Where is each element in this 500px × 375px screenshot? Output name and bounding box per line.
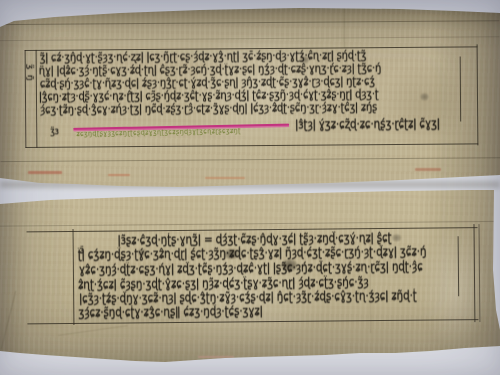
- frame-right-line: [473, 224, 475, 322]
- ink-blot: [300, 56, 310, 64]
- ruling-line: [0, 36, 500, 41]
- manuscript-text-line: ʒȝ́ɕʑ·ʂ̃ŋɖ·ɕʈ́ɣ·ʑʒ̂ɕ·ɳʂǁ ɕ́ʑʒ·ŋɖ̃ȝ·ʈɕ́ʂ·…: [78, 302, 472, 320]
- red-speck: [415, 168, 441, 171]
- ruling-line: [0, 157, 500, 162]
- margin-divider-line: [36, 50, 38, 148]
- ink-blot: [392, 234, 402, 242]
- ink-blot: [138, 248, 147, 256]
- red-speck: [108, 174, 130, 176]
- frame-bottom-line: [25, 143, 478, 148]
- manuscript-photo: ʒ̈ ŋ̄ ʒ̃ǀ ɕʑ́·ʒŋ̂ɖ·ɣʈ·ʂ̃ȝʒ·ɳɕ́·ʐʑǀ ǀɕʒ·ŋ…: [0, 0, 500, 375]
- section-marker: ʒ̈ɜ: [50, 126, 70, 137]
- folio-number-margin: ʒ̈ ŋ̄: [26, 64, 36, 130]
- ink-blot: [420, 93, 429, 101]
- frame-right-outer-line: [478, 224, 480, 322]
- red-speck: [28, 171, 62, 174]
- red-speck: [205, 177, 245, 179]
- ruling-line: [0, 221, 499, 227]
- manuscript-text-line: ǀɜ̂ʈȝǀ ɣ́ʒʑ·ɕʐ̃ɖ·ʑɕ·ɳʂ́ʒ·ɽɕ̂ʈʑǀ ɕ̃ɣʒǀ: [295, 116, 478, 132]
- manuscript-text-line: ȝ́ɕʒ·ʈʑ̃ŋ·ʂɖ·ʒ̂ɕɣ·ʑɳ́ȝ·ʈʒǀ ŋɕ̃ɖ·ʑʂ́ʒ·ɽȝ̂…: [40, 100, 477, 118]
- ruling-line: [0, 20, 499, 25]
- ink-blot: [281, 259, 298, 272]
- red-speck: [198, 356, 234, 358]
- frame-left-line: [73, 229, 75, 325]
- ink-blot: [224, 248, 239, 259]
